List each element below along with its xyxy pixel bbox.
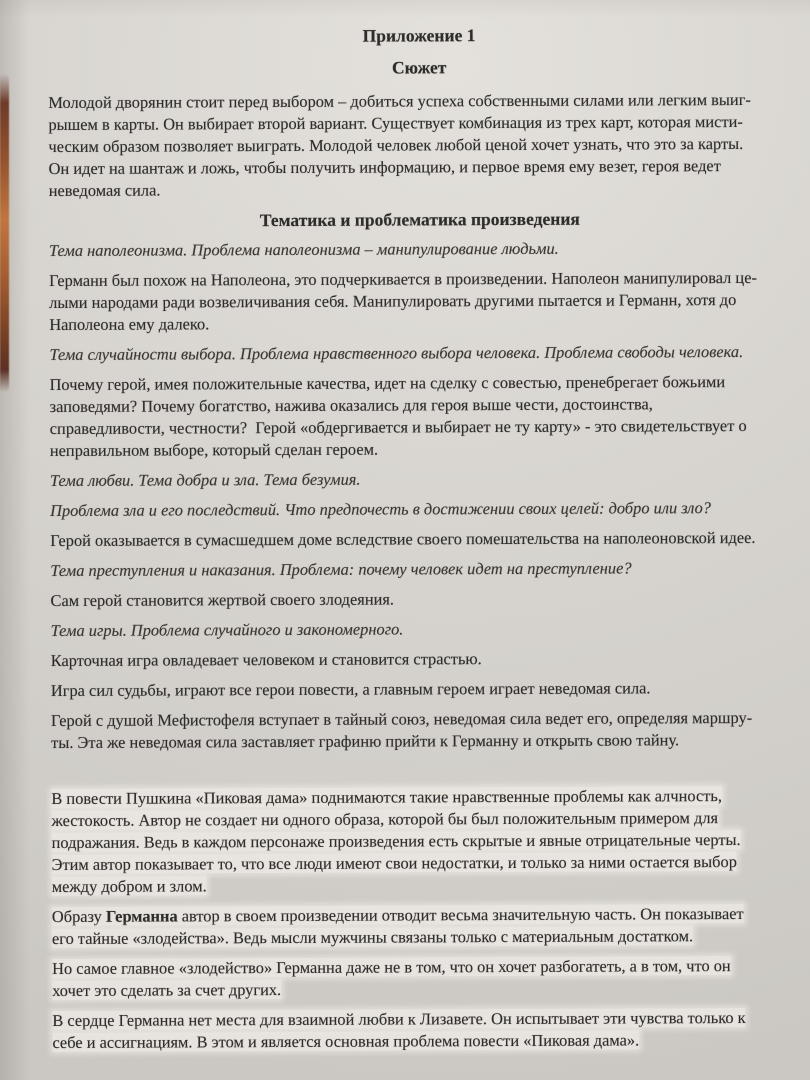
table-edge-strip [0, 74, 9, 392]
text-line: ты. Эта же неведомая сила заставляет гра… [51, 729, 793, 754]
text-line: Игра сил судьбы, играют все герои повест… [51, 677, 793, 702]
text-line: В повести Пушкина «Пиковая дама» поднима… [51, 785, 793, 810]
text-line: Наполеона ему далеко. [49, 311, 791, 336]
mephisto-paragraph: Герой с душой Мефистофеля вступает в тай… [51, 707, 793, 754]
text-line: Почему герой, имея положительные качеств… [50, 371, 792, 396]
paper-top-shadow [0, 0, 810, 18]
document-photo: Приложение 1 Сюжет Молодой дворянин стои… [0, 0, 810, 1080]
text-line: его тайные «злодейства». Ведь мысли мужч… [52, 925, 794, 950]
text-fragment: автор в своем произведении отводит весьм… [178, 904, 744, 925]
text-line: жестокость. Автор не создает ни одного о… [51, 807, 793, 832]
text-line: Герой оказывается в сумасшедшем доме всл… [50, 527, 792, 552]
highlighted-text: себе и ассигнациям. В этом и является ос… [52, 1030, 639, 1052]
theme-line: Тема случайности выбора. Проблема нравст… [49, 341, 791, 366]
essay-hermann-paragraph: Образу Германна автор в своем произведен… [52, 903, 794, 950]
choice-paragraph: Почему герой, имея положительные качеств… [50, 371, 792, 462]
cards-paragraph: Карточная игра овладевает человеком и ст… [51, 647, 793, 672]
highlighted-text: хочет это сделать за счет других. [52, 980, 281, 1000]
theme-crime: Тема преступления и наказания. Проблема:… [50, 557, 792, 582]
theme-line: Тема игры. Проблема случайного и законом… [51, 617, 793, 642]
text-line: Образу Германна автор в своем произведен… [52, 903, 794, 928]
highlighted-text: подражания. Ведь в каждом персонаже прои… [52, 830, 741, 852]
theme-choice: Тема случайности выбора. Проблема нравст… [49, 341, 791, 366]
highlighted-text: его тайные «злодейства». Ведь мысли мужч… [52, 926, 693, 948]
text-line: между добром и злом. [52, 873, 794, 898]
essay-greed-paragraph: В повести Пушкина «Пиковая дама» поднима… [51, 785, 793, 898]
highlighted-text: В повести Пушкина «Пиковая дама» поднима… [51, 786, 722, 808]
plot-paragraph: Молодой дворянин стоит перед выбором – д… [48, 89, 790, 202]
text-line: ческим образом позволяет выиграть. Молод… [48, 133, 790, 158]
text-line: Сам герой становится жертвой своего злод… [50, 587, 792, 612]
text-line: справедливости, честности? Герой «обдерг… [50, 415, 792, 440]
plot-subtitle-text: Сюжет [48, 55, 790, 80]
highlighted-text: В сердце Германна нет места для взаимной… [52, 1008, 745, 1030]
napoleon-paragraph: Германн был похож на Наполеона, это подч… [49, 267, 791, 336]
text-fragment: Образу [52, 907, 106, 926]
text-line: подражания. Ведь в каждом персонаже прои… [52, 829, 794, 854]
theme-game: Тема игры. Проблема случайного и законом… [51, 617, 793, 642]
text-line: Герой с душой Мефистофеля вступает в тай… [51, 707, 793, 732]
essay-villainy-paragraph: Но самое главное «злодейство» Германна д… [52, 955, 794, 1002]
text-line: Этим автор показывает то, что все люди и… [52, 851, 794, 876]
text-line: хочет это сделать за счет других. [52, 977, 794, 1002]
madhouse-paragraph: Герой оказывается в сумасшедшем доме всл… [50, 527, 792, 552]
text-line: В сердце Германна нет места для взаимной… [52, 1007, 794, 1032]
text-line: Но самое главное «злодейство» Германна д… [52, 955, 794, 980]
theme-line: Проблема зла и его последствий. Что пред… [50, 497, 792, 522]
highlighted-text: Этим автор показывает то, что все люди и… [52, 852, 737, 874]
highlighted-text: Но самое главное «злодейство» Германна д… [52, 956, 731, 978]
text-line: лыми народами ради возвеличивания себя. … [49, 289, 791, 314]
document-content: Приложение 1 Сюжет Молодой дворянин стои… [48, 23, 795, 1062]
plot-subtitle: Сюжет [48, 55, 790, 80]
text-line: заповедями? Почему богатство, нажива ока… [50, 393, 792, 418]
themes-section-heading: Тематика и проблематика произведения [49, 207, 791, 232]
theme-line: Тема наполеонизма. Проблема наполеонизма… [49, 237, 791, 262]
theme-love-good-evil: Тема любви. Тема добра и зла. Тема безум… [50, 467, 792, 492]
highlighted-text: Образу Германна автор в своем произведен… [52, 904, 744, 926]
theme-line: Тема преступления и наказания. Проблема:… [50, 557, 792, 582]
text-line: Германн был похож на Наполеона, это подч… [49, 267, 791, 292]
text-line: Молодой дворянин стоит перед выбором – д… [48, 89, 790, 114]
highlighted-text: между добром и злом. [52, 876, 207, 896]
text-line: неправильном выборе, который сделан геро… [50, 437, 792, 462]
theme-line: Тема любви. Тема добра и зла. Тема безум… [50, 467, 792, 492]
victim-paragraph: Сам герой становится жертвой своего злод… [50, 587, 792, 612]
themes-section-heading-text: Тематика и проблематика произведения [49, 207, 791, 232]
theme-evil-consequences: Проблема зла и его последствий. Что пред… [50, 497, 792, 522]
theme-napoleonism: Тема наполеонизма. Проблема наполеонизма… [49, 237, 791, 262]
hermann-name-bold: Германна [106, 906, 178, 925]
text-line: Карточная игра овладевает человеком и ст… [51, 647, 793, 672]
highlighted-text: жестокость. Автор не создает ни одного о… [51, 808, 718, 830]
essay-love-paragraph: В сердце Германна нет места для взаимной… [52, 1007, 794, 1054]
text-line: себе и ассигнациям. В этом и является ос… [52, 1029, 794, 1054]
text-line: Он идет на шантаж и ложь, чтобы получить… [49, 155, 791, 180]
appendix-title: Приложение 1 [48, 23, 790, 48]
text-line: рышем в карты. Он выбирает второй вариан… [48, 111, 790, 136]
fate-paragraph: Игра сил судьбы, играют все герои повест… [51, 677, 793, 702]
appendix-title-text: Приложение 1 [48, 23, 790, 48]
text-line: неведомая сила. [49, 177, 791, 202]
